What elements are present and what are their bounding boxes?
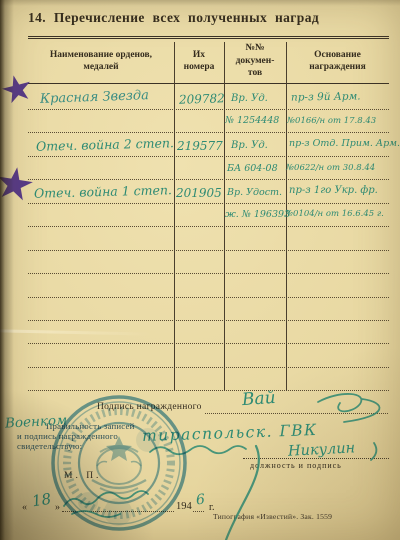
award-number-entry: 201905 <box>176 186 222 200</box>
award-doc-entry: ж. № 196393 <box>225 209 290 220</box>
awards-table-header: Наименование орденов, медалей Их номера … <box>28 39 389 84</box>
handwritten-entries: Красная Звезда 209782 Вр. Уд. пр-з 9й Ар… <box>28 87 389 392</box>
position-signature-label: должность и подпись <box>250 461 342 470</box>
official-signature: Никулин <box>288 440 356 459</box>
award-name-entry: Красная Звезда <box>40 88 149 107</box>
award-doc-entry: № 1254448 <box>225 115 279 126</box>
round-ink-stamp <box>48 392 192 536</box>
date-year-line <box>193 511 204 512</box>
award-name-entry: Отеч. война 1 степ. <box>34 182 172 201</box>
award-doc-entry: Вр. Уд. <box>231 140 268 151</box>
col-header-basis: Основание награждения <box>286 49 389 74</box>
award-basis-entry: №0622/н от 30.8.44 <box>286 163 375 173</box>
date-year-digit: 6 <box>195 492 205 509</box>
recipient-signature: Вай <box>241 388 276 410</box>
col-header-document: №№ докумен- тов <box>224 42 286 79</box>
award-basis-entry: пр-з 1го Укр. фр. <box>289 185 378 196</box>
award-basis-entry: №0166/н от 17.8.43 <box>287 116 376 126</box>
signature-ruled-line <box>205 413 388 414</box>
award-number-entry: 209782 <box>179 91 225 107</box>
col-header-number: Их номера <box>174 49 224 74</box>
awards-table: Наименование орденов, медалей Их номера … <box>28 36 389 391</box>
date-open-quote: « <box>22 502 27 513</box>
page-title: 14. Перечисление всех полученных наград <box>28 10 319 26</box>
award-basis-entry: пр-з 9й Арм. <box>291 90 361 103</box>
award-basis-entry: №0104/н от 16.6.45 г. <box>285 209 384 219</box>
award-record-page: 14. Перечисление всех полученных наград … <box>0 0 400 540</box>
award-doc-entry: Вр. Уд. <box>231 93 268 104</box>
col-header-name: Наименование орденов, медалей <box>28 49 174 74</box>
award-doc-entry: БА 604-08 <box>227 163 278 174</box>
award-number-entry: 219577 <box>177 139 223 153</box>
printing-house-label: Типография «Известий». Зак. 1559 <box>213 512 332 521</box>
award-doc-entry: Вр. Удост. <box>227 187 282 198</box>
award-basis-entry: пр-з Отд. Прим. Арм. <box>289 138 400 149</box>
award-name-entry: Отеч. война 2 степ. <box>36 135 174 154</box>
